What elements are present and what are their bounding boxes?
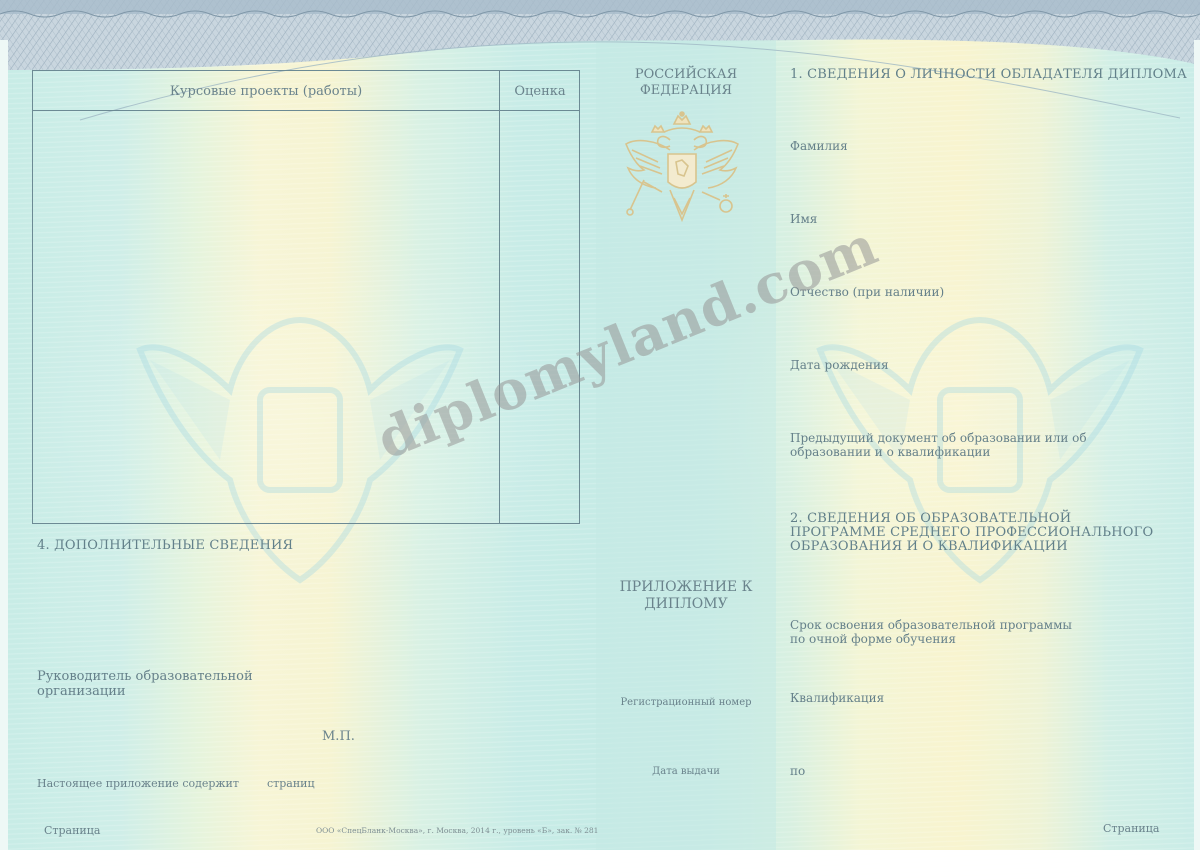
left-page-number-label: Страница	[44, 824, 100, 837]
column-header-course-projects: Курсовые проекты (работы)	[33, 71, 499, 111]
printer-imprint: ООО «СпецБланк-Москва», г. Москва, 2014 …	[316, 826, 598, 835]
field-surname-label: Фамилия	[790, 139, 1170, 153]
document-title: ПРИЛОЖЕНИЕ К ДИПЛОМУ	[600, 579, 772, 613]
page-count-line: Настоящее приложение содержитстраниц	[37, 777, 315, 790]
field-qualification-label: Квалификация	[790, 691, 1170, 705]
director-label: Руководитель образовательной организации	[37, 669, 277, 699]
section-2-title: 2. СВЕДЕНИЯ ОБ ОБРАЗОВАТЕЛЬНОЙ ПРОГРАММЕ…	[790, 512, 1170, 554]
grade-cell[interactable]	[500, 111, 580, 523]
stamp-place-label: М.П.	[322, 729, 355, 744]
field-previous-document-label: Предыдущий документ об образовании или о…	[790, 431, 1170, 459]
issue-date-label: Дата выдачи	[600, 766, 772, 777]
course-projects-cell[interactable]	[33, 111, 499, 523]
course-projects-table: Курсовые проекты (работы) Оценка	[32, 70, 580, 524]
registration-number-label: Регистрационный номер	[600, 697, 772, 708]
field-study-duration-label: Срок освоения образовательной программы …	[790, 618, 1090, 646]
section-1-title: 1. СВЕДЕНИЯ О ЛИЧНОСТИ ОБЛАДАТЕЛЯ ДИПЛОМ…	[790, 67, 1187, 82]
country-title: РОССИЙСКАЯ ФЕДЕРАЦИЯ	[600, 67, 772, 99]
field-specialty-label: по	[790, 764, 1170, 778]
pages-word: страниц	[267, 777, 315, 790]
column-header-grade: Оценка	[500, 71, 580, 111]
page-count-label: Настоящее приложение содержит	[37, 777, 239, 790]
russian-coat-of-arms-icon	[620, 110, 744, 234]
diploma-appendix-spread: Курсовые проекты (работы) Оценка 4. ДОПО…	[0, 0, 1200, 850]
field-birth-date-label: Дата рождения	[790, 358, 1170, 372]
section-4-title: 4. ДОПОЛНИТЕЛЬНЫЕ СВЕДЕНИЯ	[37, 538, 293, 553]
right-page-number-label: Страница	[1103, 822, 1159, 835]
document-content: Курсовые проекты (работы) Оценка 4. ДОПО…	[0, 0, 1200, 850]
